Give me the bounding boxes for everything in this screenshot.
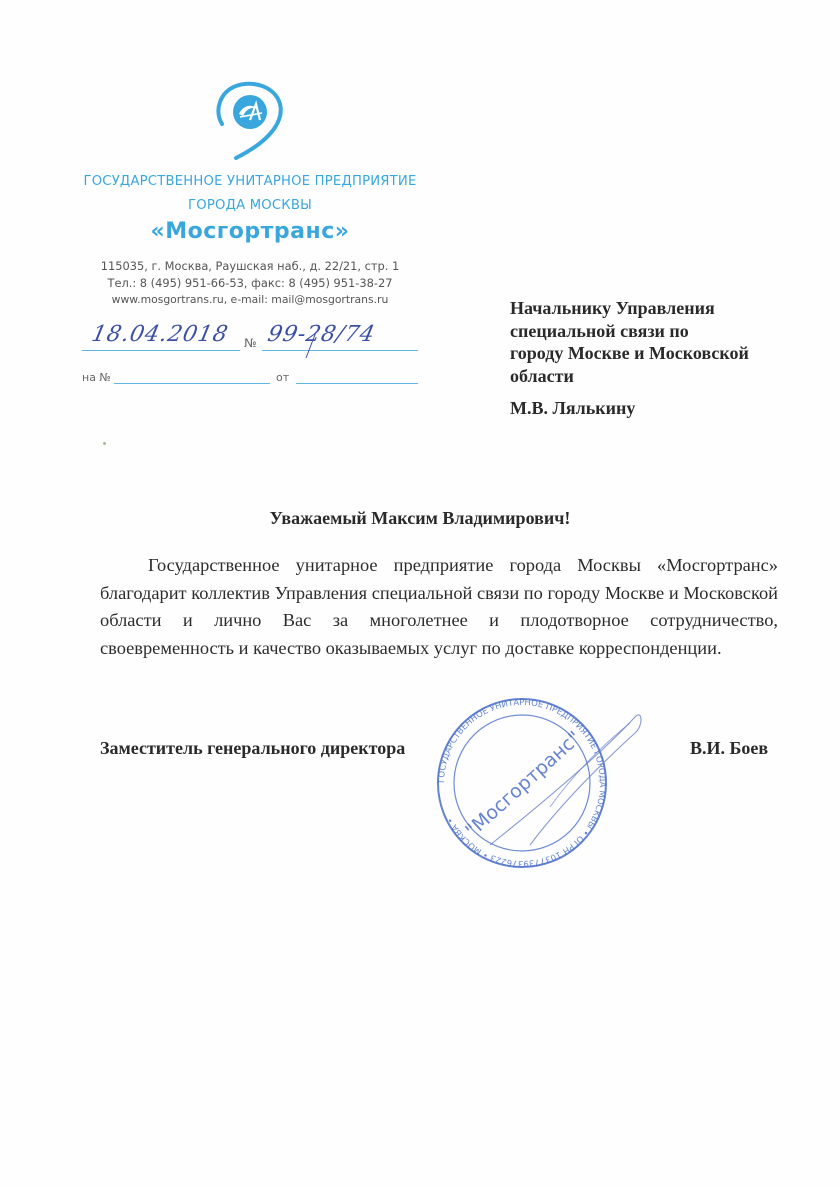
salutation: Уважаемый Максим Владимирович! bbox=[0, 508, 840, 529]
ref-number-label: на № bbox=[82, 371, 111, 384]
org-web-email: www.mosgortrans.ru, e-mail: mail@mosgort… bbox=[40, 293, 460, 306]
mosgortrans-logo-icon bbox=[212, 80, 288, 164]
handwritten-stroke-icon bbox=[300, 330, 320, 360]
registration-date: 18.04.2018 bbox=[89, 322, 230, 347]
scan-speck bbox=[103, 442, 106, 445]
org-type-line: ГОСУДАРСТВЕННОЕ УНИТАРНОЕ ПРЕДПРИЯТИЕ bbox=[40, 174, 460, 189]
ref-number-underline bbox=[114, 383, 270, 384]
org-phones: Тел.: 8 (495) 951-66-53, факс: 8 (495) 9… bbox=[40, 276, 460, 290]
addressee-line: области bbox=[510, 365, 810, 388]
from-label: от bbox=[276, 371, 289, 384]
date-underline bbox=[82, 350, 240, 351]
registration-number: 99-28/74 bbox=[265, 322, 377, 347]
number-label: № bbox=[244, 336, 256, 350]
letter-page: ГОСУДАРСТВЕННОЕ УНИТАРНОЕ ПРЕДПРИЯТИЕ ГО… bbox=[0, 0, 840, 1187]
addressee-name: М.В. Лялькину bbox=[510, 398, 635, 419]
addressee-line: Начальнику Управления bbox=[510, 297, 810, 320]
addressee-line: специальной связи по bbox=[510, 320, 810, 343]
org-address: 115035, г. Москва, Раушская наб., д. 22/… bbox=[40, 259, 460, 273]
signatory-name: В.И. Боев bbox=[690, 738, 768, 759]
org-name: «Мосгортранс» bbox=[40, 219, 460, 244]
addressee-block: Начальнику Управления специальной связи … bbox=[510, 297, 810, 387]
from-date-underline bbox=[296, 383, 418, 384]
org-city-line: ГОРОДА МОСКВЫ bbox=[40, 198, 460, 213]
number-underline bbox=[262, 350, 418, 351]
official-stamp-icon: ГОСУДАРСТВЕННОЕ УНИТАРНОЕ ПРЕДПРИЯТИЕ ГО… bbox=[430, 695, 660, 875]
letter-body: Государственное унитарное предприятие го… bbox=[100, 552, 778, 662]
addressee-line: городу Москве и Московской bbox=[510, 342, 810, 365]
signatory-title: Заместитель генерального директора bbox=[100, 738, 405, 759]
